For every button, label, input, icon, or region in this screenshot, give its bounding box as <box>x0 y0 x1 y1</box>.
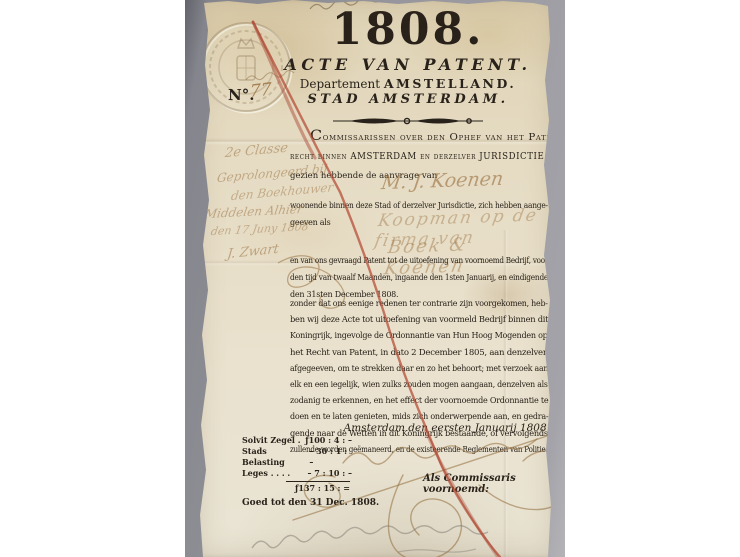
document-photo: 1808. ACTE VAN PATENT. Departement AMSTE… <box>185 0 565 557</box>
screenshot-canvas: 1808. ACTE VAN PATENT. Departement AMSTE… <box>0 0 740 557</box>
red-cancellation-line <box>185 0 565 557</box>
